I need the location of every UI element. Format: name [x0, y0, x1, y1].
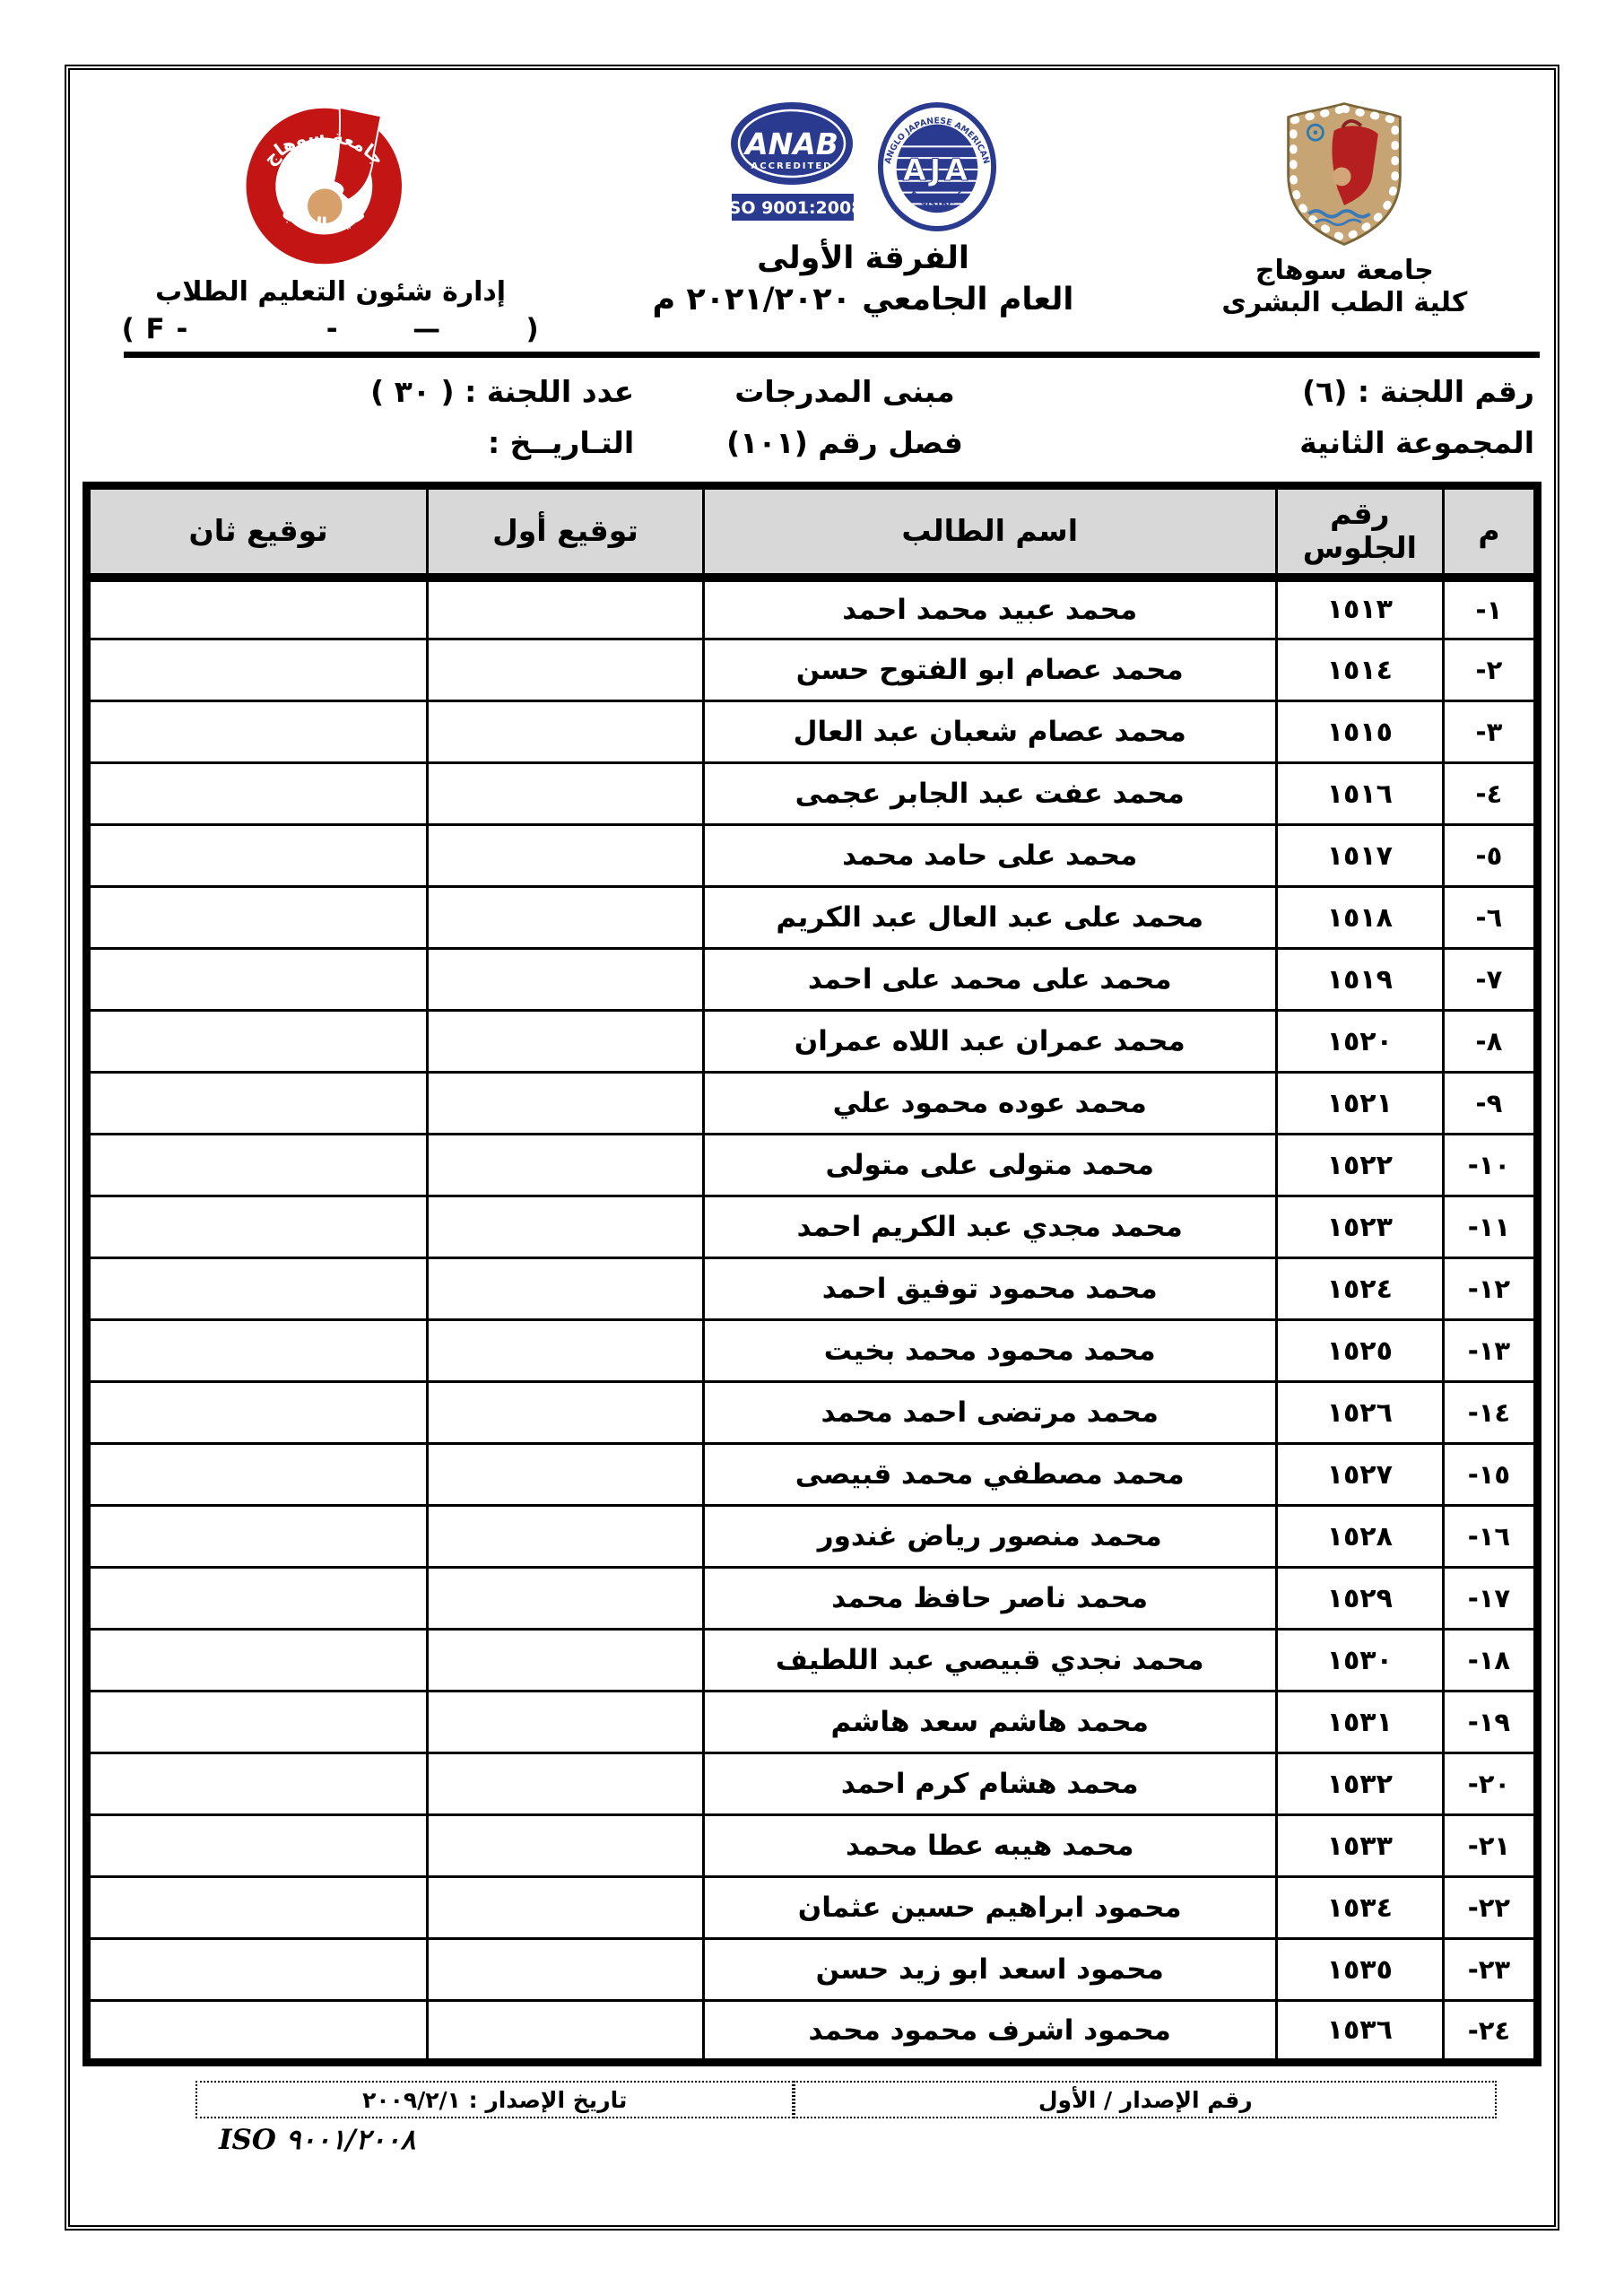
index-cell: ٤-: [1443, 763, 1537, 825]
student-row: ١٢-١٥٢٤محمد محمود توفيق احمد: [87, 1258, 1538, 1320]
student-row: ١٣-١٥٢٥محمد محمود محمد بخيت: [87, 1320, 1538, 1382]
seat-number-cell: ١٥٢٧: [1276, 1444, 1443, 1506]
student-row: ٢٤-١٥٣٦محمود اشرف محمود محمد: [87, 2001, 1538, 2063]
student-row: ١١-١٥٢٣محمد مجدي عبد الكريم احمد: [87, 1196, 1538, 1258]
header-first-signature: توقيع أول: [428, 486, 703, 578]
index-cell: ٢-: [1443, 639, 1537, 701]
student-row: ٩-١٥٢١محمد عوده محمود علي: [87, 1073, 1538, 1135]
aja-label: AJA: [903, 152, 971, 187]
seat-number-cell: ١٥٣٣: [1276, 1815, 1443, 1877]
seat-number-cell: ١٥٣٠: [1276, 1630, 1443, 1692]
seat-number-cell: ١٥١٤: [1276, 639, 1443, 701]
index-cell: ٦-: [1443, 887, 1537, 949]
student-name-cell: محمد هاشم سعد هاشم: [703, 1692, 1276, 1753]
second-signature-cell: [87, 1630, 428, 1692]
faculty-name: كلية الطب البشرى: [1148, 287, 1541, 319]
iso-badge: ISO 9001:2008: [726, 198, 861, 218]
student-name-cell: محمد عمران عبد اللاه عمران: [703, 1011, 1276, 1073]
second-signature-cell: [87, 1506, 428, 1568]
header-university-block: جامعة سوهاج كلية الطب البشرى: [1148, 84, 1541, 319]
table-header-row: م رقم الجلوس اسم الطالب توقيع أول توقيع …: [87, 486, 1538, 578]
seat-number-cell: ١٥٢٠: [1276, 1011, 1443, 1073]
index-cell: ٢٢-: [1443, 1877, 1537, 1939]
second-signature-cell: [87, 1196, 428, 1258]
student-row: ١٤-١٥٢٦محمد مرتضى احمد محمد: [87, 1382, 1538, 1444]
seat-number-cell: ١٥٢٢: [1276, 1135, 1443, 1196]
student-name-cell: محمد عصام ابو الفتوح حسن: [703, 639, 1276, 701]
form-code-line: ( F - - — ): [83, 313, 578, 345]
index-cell: ٧-: [1443, 949, 1537, 1011]
academic-year-title: العام الجامعي ٢٠٢١/٢٠٢٠ م: [578, 282, 1148, 317]
student-name-cell: محمد هشام كرم احمد: [703, 1753, 1276, 1815]
second-signature-cell: [87, 1877, 428, 1939]
seat-number-cell: ١٥١٦: [1276, 763, 1443, 825]
second-signature-cell: [87, 1073, 428, 1135]
second-signature-cell: [87, 1692, 428, 1753]
first-signature-cell: [428, 2001, 703, 2063]
first-signature-cell: [428, 1568, 703, 1630]
header-index: م: [1443, 486, 1537, 578]
index-cell: ١٤-: [1443, 1382, 1537, 1444]
index-cell: ١-: [1443, 578, 1537, 639]
first-signature-cell: [428, 701, 703, 763]
second-signature-cell: [87, 1753, 428, 1815]
second-signature-cell: [87, 1135, 428, 1196]
student-name-cell: محمود ابراهيم حسين عثمان: [703, 1877, 1276, 1939]
student-row: ٢٢-١٥٣٤محمود ابراهيم حسين عثمان: [87, 1877, 1538, 1939]
student-name-cell: محمد نجدي قبيصي عبد اللطيف: [703, 1630, 1276, 1692]
second-signature-cell: [87, 639, 428, 701]
second-signature-cell: [87, 701, 428, 763]
student-row: ٢٣-١٥٣٥محمود اسعد ابو زيد حسن: [87, 1939, 1538, 2001]
second-signature-cell: [87, 1939, 428, 2001]
first-signature-cell: [428, 1444, 703, 1506]
student-row: ١-١٥١٣محمد عبيد محمد احمد: [87, 578, 1538, 639]
student-row: ٨-١٥٢٠محمد عمران عبد اللاه عمران: [87, 1011, 1538, 1073]
student-name-cell: محمد عفت عبد الجابر عجمى: [703, 763, 1276, 825]
second-signature-cell: [87, 1011, 428, 1073]
student-name-cell: محمد عوده محمود علي: [703, 1073, 1276, 1135]
issue-number-cell: رقم الإصدار / الأول: [794, 2081, 1497, 2118]
student-name-cell: محمود اشرف محمود محمد: [703, 2001, 1276, 2063]
first-signature-cell: [428, 825, 703, 887]
seat-number-cell: ١٥٣٥: [1276, 1939, 1443, 2001]
faculty-crescent-logo: جامعة سوهاج كلية الطب: [209, 102, 453, 271]
student-row: ٦-١٥١٨محمد على عبد العال عبد الكريم: [87, 887, 1538, 949]
student-name-cell: محمد عبيد محمد احمد: [703, 578, 1276, 639]
seat-number-cell: ١٥٢٦: [1276, 1382, 1443, 1444]
student-name-cell: محمد متولى على متولى: [703, 1135, 1276, 1196]
issue-info-row: رقم الإصدار / الأول تاريخ الإصدار : ٢٠٠٩…: [195, 2081, 1497, 2118]
seat-number-cell: ١٥١٣: [1276, 578, 1443, 639]
second-signature-cell: [87, 1815, 428, 1877]
index-cell: ١٨-: [1443, 1630, 1537, 1692]
committee-info: رقم اللجنة : (٦) مبنى المدرجات عدد اللجن…: [83, 358, 1541, 480]
index-cell: ٢٤-: [1443, 2001, 1537, 2063]
first-signature-cell: [428, 1073, 703, 1135]
seat-number-cell: ١٥٢٣: [1276, 1196, 1443, 1258]
student-row: ٣-١٥١٥محمد عصام شعبان عبد العال: [87, 701, 1538, 763]
issue-date-cell: تاريخ الإصدار : ٢٠٠٩/٢/١: [195, 2081, 794, 2118]
student-row: ١٩-١٥٣١محمد هاشم سعد هاشم: [87, 1692, 1538, 1753]
anab-sub-label: ACCREDITED: [751, 161, 833, 171]
second-signature-cell: [87, 949, 428, 1011]
header-divider: [124, 352, 1540, 358]
seat-number-cell: ١٥٣١: [1276, 1692, 1443, 1753]
student-row: ١٦-١٥٢٨محمد منصور رياض غندور: [87, 1506, 1538, 1568]
index-cell: ٩-: [1443, 1073, 1537, 1135]
index-cell: ١٠-: [1443, 1135, 1537, 1196]
first-signature-cell: [428, 1382, 703, 1444]
student-name-cell: محمد ناصر حافظ محمد: [703, 1568, 1276, 1630]
first-signature-cell: [428, 1011, 703, 1073]
student-row: ٥-١٥١٧محمد على حامد محمد: [87, 825, 1538, 887]
seat-number-cell: ١٥١٩: [1276, 949, 1443, 1011]
second-signature-cell: [87, 1382, 428, 1444]
student-name-cell: محمد على محمد على احمد: [703, 949, 1276, 1011]
first-signature-cell: [428, 1939, 703, 2001]
index-cell: ١٩-: [1443, 1692, 1537, 1753]
first-signature-cell: [428, 1506, 703, 1568]
aja-logo: AJA ANGLO JAPANESE AMERICAN REGISTRARS: [875, 100, 999, 233]
second-signature-cell: [87, 825, 428, 887]
seat-number-cell: ١٥٣٤: [1276, 1877, 1443, 1939]
student-name-cell: محمد مصطفي محمد قبيصى: [703, 1444, 1276, 1506]
student-row: ٢٠-١٥٣٢محمد هشام كرم احمد: [87, 1753, 1538, 1815]
second-signature-cell: [87, 887, 428, 949]
seat-number-cell: ١٥٣٢: [1276, 1753, 1443, 1815]
student-name-cell: محمد مجدي عبد الكريم احمد: [703, 1196, 1276, 1258]
second-signature-cell: [87, 1258, 428, 1320]
header-center-block: ANAB ACCREDITED ISO 9001:2008: [578, 84, 1148, 317]
first-signature-cell: [428, 1630, 703, 1692]
student-row: ٤-١٥١٦محمد عفت عبد الجابر عجمى: [87, 763, 1538, 825]
index-cell: ٣-: [1443, 701, 1537, 763]
student-row: ٧-١٥١٩محمد على محمد على احمد: [87, 949, 1538, 1011]
iso-certification-line: ISO ٩٠٠١/٢٠٠٨: [83, 2124, 1541, 2156]
university-shield-logo: [1259, 97, 1429, 251]
student-name-cell: محمد محمود محمد بخيت: [703, 1320, 1276, 1382]
index-cell: ٢٠-: [1443, 1753, 1537, 1815]
committee-group: المجموعة الثانية: [1299, 425, 1534, 460]
room-number: فصل رقم (١٠١): [726, 425, 963, 460]
first-signature-cell: [428, 1320, 703, 1382]
first-signature-cell: [428, 1135, 703, 1196]
header-department-block: جامعة سوهاج كلية الطب إدارة شئون التعليم…: [83, 84, 578, 345]
student-row: ٢١-١٥٣٣محمد هيبه عطا محمد: [87, 1815, 1538, 1877]
student-row: ٢-١٥١٤محمد عصام ابو الفتوح حسن: [87, 639, 1538, 701]
second-signature-cell: [87, 763, 428, 825]
second-signature-cell: [87, 1444, 428, 1506]
first-signature-cell: [428, 1196, 703, 1258]
page-frame: جامعة سوهاج كلية الطب البشرى ANAB ACCRED…: [65, 65, 1559, 2231]
seat-number-cell: ١٥١٨: [1276, 887, 1443, 949]
student-row: ١٨-١٥٣٠محمد نجدي قبيصي عبد اللطيف: [87, 1630, 1538, 1692]
header-seat-number: رقم الجلوس: [1276, 486, 1443, 578]
committee-count: عدد اللجنة : ( ٣٠ ): [370, 374, 634, 409]
header-student-name: اسم الطالب: [703, 486, 1276, 578]
document-header: جامعة سوهاج كلية الطب البشرى ANAB ACCRED…: [83, 84, 1541, 346]
student-name-cell: محمد عصام شعبان عبد العال: [703, 701, 1276, 763]
first-signature-cell: [428, 1258, 703, 1320]
index-cell: ٢٣-: [1443, 1939, 1537, 2001]
index-cell: ١٦-: [1443, 1506, 1537, 1568]
seat-number-cell: ١٥٢٩: [1276, 1568, 1443, 1630]
first-signature-cell: [428, 639, 703, 701]
index-cell: ١٣-: [1443, 1320, 1537, 1382]
student-row: ١٥-١٥٢٧محمد مصطفي محمد قبيصى: [87, 1444, 1538, 1506]
students-table: م رقم الجلوس اسم الطالب توقيع أول توقيع …: [83, 482, 1541, 2066]
seat-number-cell: ١٥٢٨: [1276, 1506, 1443, 1568]
second-signature-cell: [87, 1320, 428, 1382]
index-cell: ١٢-: [1443, 1258, 1537, 1320]
anab-iso-logo: ANAB ACCREDITED ISO 9001:2008: [726, 100, 861, 228]
seat-number-cell: ١٥٣٦: [1276, 2001, 1443, 2063]
second-signature-cell: [87, 2001, 428, 2063]
student-row: ١٧-١٥٢٩محمد ناصر حافظ محمد: [87, 1568, 1538, 1630]
index-cell: ١٥-: [1443, 1444, 1537, 1506]
student-name-cell: محمد على عبد العال عبد الكريم: [703, 887, 1276, 949]
student-name-cell: محمد على حامد محمد: [703, 825, 1276, 887]
first-signature-cell: [428, 1877, 703, 1939]
committee-number: رقم اللجنة : (٦): [1302, 374, 1534, 409]
department-line: إدارة شئون التعليم الطلاب: [83, 276, 578, 308]
index-cell: ٨-: [1443, 1011, 1537, 1073]
document-footer: رقم الإصدار / الأول تاريخ الإصدار : ٢٠٠٩…: [83, 2081, 1541, 2156]
student-name-cell: محمود اسعد ابو زيد حسن: [703, 1939, 1276, 2001]
grade-title: الفرقة الأولى: [578, 240, 1148, 276]
first-signature-cell: [428, 763, 703, 825]
anab-label: ANAB: [743, 126, 839, 161]
student-name-cell: محمد منصور رياض غندور: [703, 1506, 1276, 1568]
first-signature-cell: [428, 887, 703, 949]
first-signature-cell: [428, 578, 703, 639]
index-cell: ٥-: [1443, 825, 1537, 887]
seat-number-cell: ١٥٢٥: [1276, 1320, 1443, 1382]
seat-number-cell: ١٥١٥: [1276, 701, 1443, 763]
header-second-signature: توقيع ثان: [87, 486, 428, 578]
first-signature-cell: [428, 1692, 703, 1753]
university-name: جامعة سوهاج: [1148, 255, 1541, 287]
index-cell: ١١-: [1443, 1196, 1537, 1258]
first-signature-cell: [428, 949, 703, 1011]
seat-number-cell: ١٥٢٤: [1276, 1258, 1443, 1320]
index-cell: ١٧-: [1443, 1568, 1537, 1630]
student-name-cell: محمد مرتضى احمد محمد: [703, 1382, 1276, 1444]
first-signature-cell: [428, 1753, 703, 1815]
student-name-cell: محمد هيبه عطا محمد: [703, 1815, 1276, 1877]
second-signature-cell: [87, 578, 428, 639]
first-signature-cell: [428, 1815, 703, 1877]
seat-number-cell: ١٥١٧: [1276, 825, 1443, 887]
student-row: ١٠-١٥٢٢محمد متولى على متولى: [87, 1135, 1538, 1196]
building-name: مبنى المدرجات: [734, 374, 954, 409]
seat-number-cell: ١٥٢١: [1276, 1073, 1443, 1135]
student-name-cell: محمد محمود توفيق احمد: [703, 1258, 1276, 1320]
exam-date-label: التـاريــخ :: [488, 425, 634, 460]
index-cell: ٢١-: [1443, 1815, 1537, 1877]
second-signature-cell: [87, 1568, 428, 1630]
